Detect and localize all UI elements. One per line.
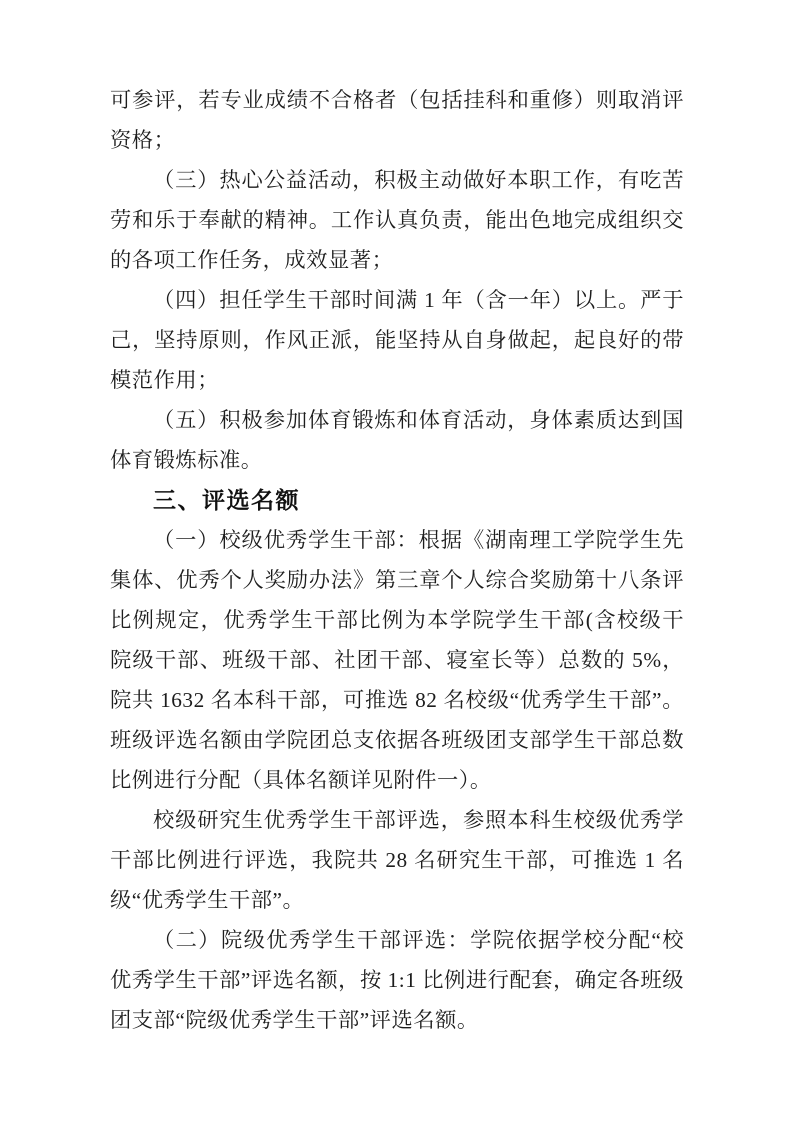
text-line: 可参评，若专业成绩不合格者（包括挂科和重修）则取消评选: [110, 80, 684, 120]
text-line: 级“优秀学生干部”。: [110, 880, 684, 920]
text-line: 团支部“院级优秀学生干部”评选名额。: [110, 1000, 684, 1040]
text-line: 体育锻炼标准。: [110, 440, 684, 480]
text-line: 院共 1632 名本科干部，可推选 82 名校级“优秀学生干部”。: [110, 680, 684, 720]
text-line: 比例进行分配（具体名额详见附件一）。: [110, 760, 684, 800]
text-line: （一）校级优秀学生干部：根据《湖南理工学院学生先进: [110, 520, 684, 560]
text-line: 劳和乐于奉献的精神。工作认真负责，能出色地完成组织交给: [110, 200, 684, 240]
text-line: 干部比例进行评选，我院共 28 名研究生干部，可推选 1 名校: [110, 840, 684, 880]
document-page: 可参评，若专业成绩不合格者（包括挂科和重修）则取消评选资格；（三）热心公益活动，…: [0, 0, 794, 1122]
text-line: （四）担任学生干部时间满 1 年（含一年）以上。严于律: [110, 280, 684, 320]
text-line: 的各项工作任务，成效显著；: [110, 240, 684, 280]
text-line: 校级研究生优秀学生干部评选，参照本科生校级优秀学生: [110, 800, 684, 840]
text-line: （二）院级优秀学生干部评选：学院依据学校分配“校级: [110, 920, 684, 960]
text-line: 资格；: [110, 120, 684, 160]
text-line: 优秀学生干部”评选名额，按 1:1 比例进行配套，确定各班级: [110, 960, 684, 1000]
text-line: （三）热心公益活动，积极主动做好本职工作，有吃苦耐: [110, 160, 684, 200]
text-line: 班级评选名额由学院团总支依据各班级团支部学生干部总数: [110, 720, 684, 760]
text-line: 集体、优秀个人奖励办法》第三章个人综合奖励第十八条评奖: [110, 560, 684, 600]
text-line: 模范作用；: [110, 360, 684, 400]
text-line: 比例规定，优秀学生干部比例为本学院学生干部(含校级干部、: [110, 600, 684, 640]
text-line: 院级干部、班级干部、社团干部、寝室长等）总数的 5%，我: [110, 640, 684, 680]
text-line: （五）积极参加体育锻炼和体育活动，身体素质达到国家: [110, 400, 684, 440]
document-body: 可参评，若专业成绩不合格者（包括挂科和重修）则取消评选资格；（三）热心公益活动，…: [110, 80, 684, 1040]
text-line: 己，坚持原则，作风正派，能坚持从自身做起，起良好的带头: [110, 320, 684, 360]
section-heading: 三、评选名额: [110, 480, 684, 520]
